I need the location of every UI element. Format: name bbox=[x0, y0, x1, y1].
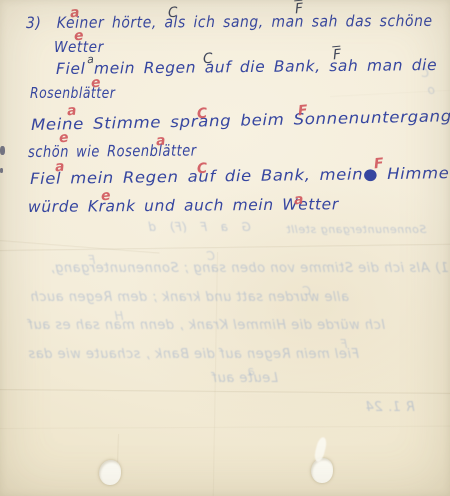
chord-annotation: C bbox=[202, 51, 213, 68]
lyric-line: Fiel mein Regen auf die Bank, sah man di… bbox=[56, 56, 437, 78]
chord-annotation: e bbox=[90, 75, 101, 92]
chord-annotation: e bbox=[58, 130, 69, 147]
lyric-line: Meine Stimme sprang beim Sonnenuntergang… bbox=[31, 107, 450, 134]
chord-annotation: a bbox=[86, 53, 94, 67]
chord-annotation: e bbox=[100, 188, 111, 205]
chord-annotation: C bbox=[167, 5, 178, 22]
lyric-line: Rosenblätter bbox=[30, 84, 115, 102]
lyrics-layer: 3) Keiner hörte, als ich sang, man sah d… bbox=[0, 0, 450, 496]
chord-annotation: C bbox=[196, 161, 208, 178]
chord-annotation: F bbox=[297, 103, 308, 120]
lyric-line: schön wie Rosenblätter bbox=[28, 142, 197, 161]
chord-annotation: e bbox=[73, 28, 84, 45]
chord-annotation: a bbox=[69, 5, 80, 22]
chord-annotation: a bbox=[54, 159, 65, 176]
chord-annotation: C bbox=[196, 106, 208, 123]
chord-annotation: F bbox=[332, 47, 341, 64]
lyric-line: 3) Keiner hörte, als ich sang, man sah d… bbox=[26, 12, 433, 32]
chord-annotation: a bbox=[155, 133, 166, 150]
chord-annotation: a bbox=[66, 103, 77, 120]
chord-annotation: F bbox=[294, 1, 303, 18]
lyric-line: würde Krank und auch mein Wetter bbox=[28, 195, 339, 216]
lyric-line: Fiel mein Regen auf die Bank, mein● Himm… bbox=[30, 164, 450, 188]
scanned-paper: G a F (F) dSonnenuntergang stellt1) Als … bbox=[0, 0, 450, 496]
chord-annotation: a bbox=[293, 192, 304, 209]
chord-annotation: F bbox=[373, 156, 384, 173]
